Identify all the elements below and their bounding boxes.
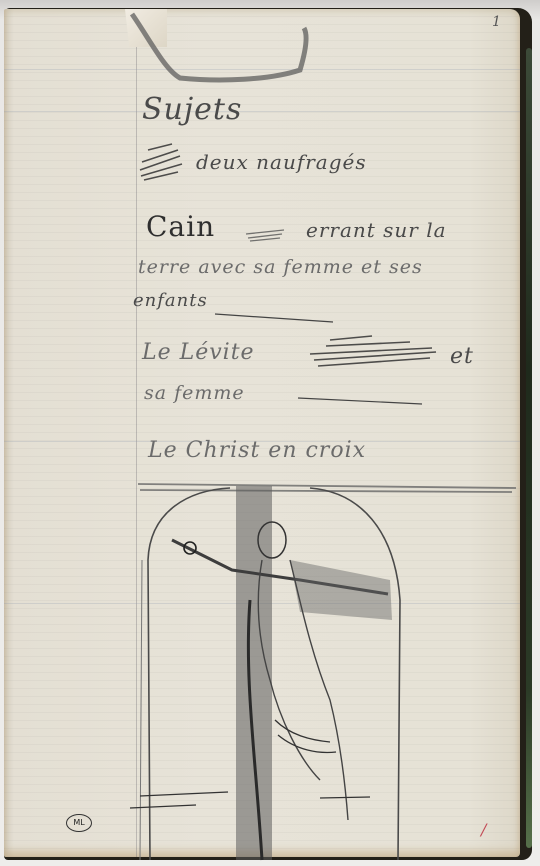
loincloth [275,720,336,752]
note-line-3: terre avec sa femme et ses [138,256,423,278]
pencil-sketch [0,0,540,866]
scribble-strike-2 [246,230,284,241]
note-line-2b: errant sur la [306,218,447,242]
collection-stamp: ML [66,814,92,832]
note-line-5a: Le Lévite [142,340,255,365]
note-line-5b: et [450,344,474,369]
red-pencil-mark: / [481,820,486,839]
note-line-1: deux naufragés [196,150,367,174]
note-cain: Cain [146,210,215,243]
scribble-strike-1 [140,144,182,180]
top-curve-stroke [132,14,306,80]
note-line-4: enfants [133,290,208,311]
note-line-6: sa femme [144,382,245,404]
heading-sujets: Sujets [142,92,242,127]
note-line-7: Le Christ en croix [148,438,366,463]
page-number: 1 [492,14,501,30]
underline-2 [298,398,422,404]
scribble-strike-3 [310,336,436,366]
ground-lines [130,792,228,808]
cross-vertical-beam [236,486,272,860]
underline-1 [215,314,333,322]
